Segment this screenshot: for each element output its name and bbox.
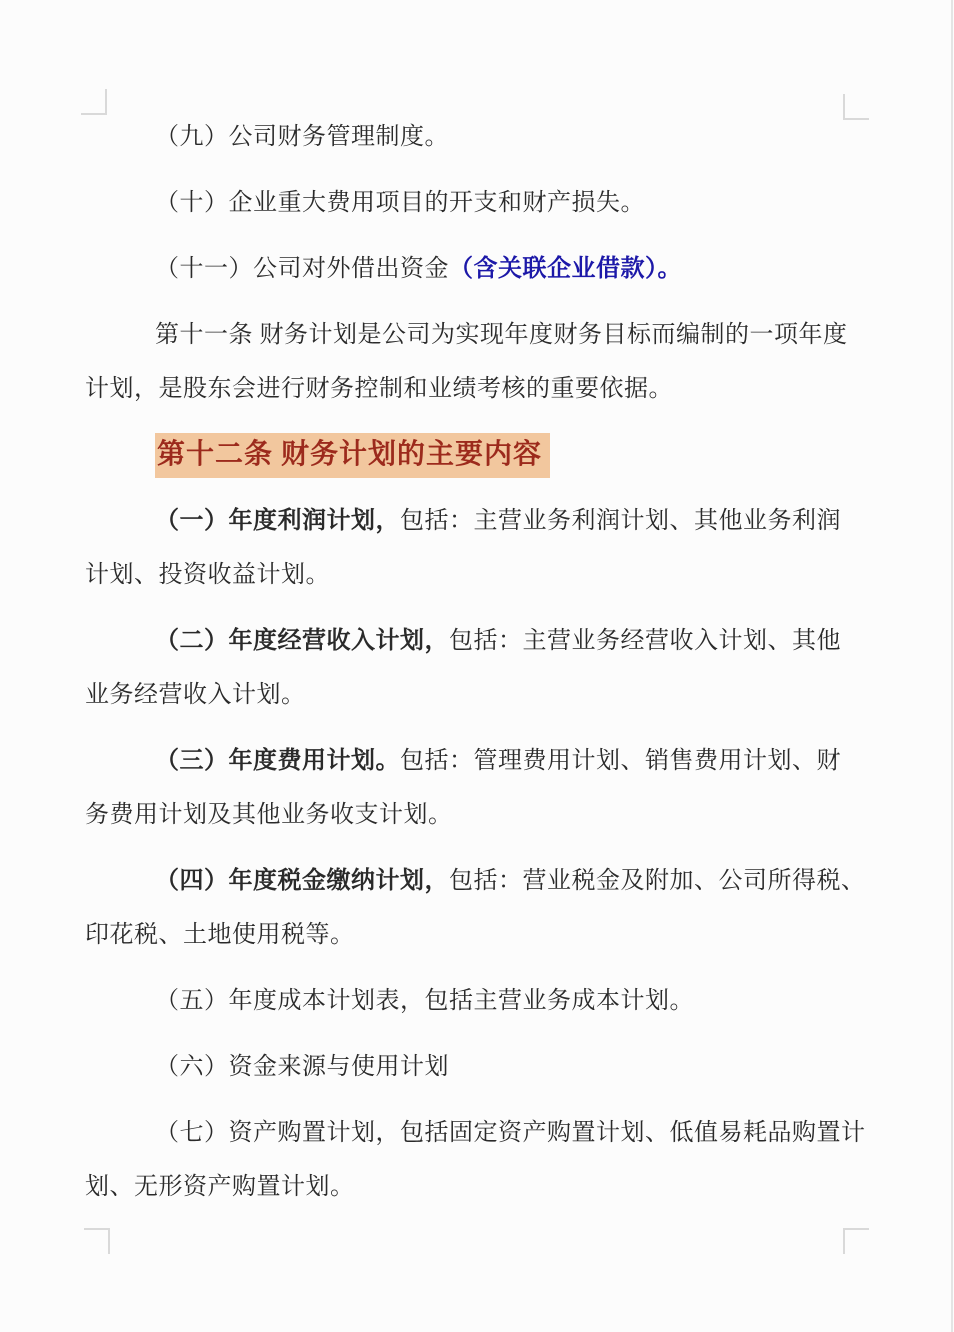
text-run: （七）资产购置计划，包括固定资产购置计划、低值易耗品购置计 划、无形资产购置计划… bbox=[85, 1120, 866, 1200]
text-run: （含关联企业借款）。 bbox=[449, 256, 682, 282]
text-run: （九）公司财务管理制度。 bbox=[155, 124, 449, 150]
section-heading: 第十二条 财务计划的主要内容 bbox=[85, 428, 913, 482]
text-run: （三）年度费用计划。 bbox=[155, 748, 400, 774]
text-run: （六）资金来源与使用计划 bbox=[155, 1054, 449, 1080]
text-run: （十）企业重大费用项目的开支和财产损失。 bbox=[155, 190, 645, 216]
document-page: { "page": { "width": 954, "height": 1332… bbox=[0, 0, 954, 1332]
paragraph-item-9: （九）公司财务管理制度。 bbox=[85, 110, 913, 164]
page-edge-line bbox=[951, 0, 953, 1332]
paragraph-item-7: （七）资产购置计划，包括固定资产购置计划、低值易耗品购置计 划、无形资产购置计划… bbox=[85, 1106, 913, 1214]
paragraph-item-3: （三）年度费用计划。包括：管理费用计划、销售费用计划、财 务费用计划及其他业务收… bbox=[85, 734, 913, 842]
text-run: （五）年度成本计划表，包括主营业务成本计划。 bbox=[155, 988, 694, 1014]
paragraph-article-11: 第十一条 财务计划是公司为实现年度财务目标而编制的一项年度 计划，是股东会进行财… bbox=[85, 308, 913, 416]
paragraph-item-10: （十）企业重大费用项目的开支和财产损失。 bbox=[85, 176, 913, 230]
paragraph-item-6: （六）资金来源与使用计划 bbox=[85, 1040, 913, 1094]
text-run: （一）年度利润计划， bbox=[155, 508, 400, 534]
text-run: （十一）公司对外借出资金 bbox=[155, 256, 449, 282]
margin-mark-bottom-left bbox=[84, 1228, 110, 1254]
text-run: 第十一条 财务计划是公司为实现年度财务目标而编制的一项年度 计划，是股东会进行财… bbox=[85, 322, 848, 402]
text-run: （二）年度经营收入计划， bbox=[155, 628, 449, 654]
text-run: （四）年度税金缴纳计划， bbox=[155, 868, 449, 894]
paragraph-item-11: （十一）公司对外借出资金（含关联企业借款）。 bbox=[85, 242, 913, 296]
paragraph-item-1: （一）年度利润计划，包括：主营业务利润计划、其他业务利润 计划、投资收益计划。 bbox=[85, 494, 913, 602]
paragraph-item-4: （四）年度税金缴纳计划，包括：营业税金及附加、公司所得税、 印花税、土地使用税等… bbox=[85, 854, 913, 962]
margin-mark-bottom-right bbox=[843, 1228, 869, 1254]
document-body: （九）公司财务管理制度。（十）企业重大费用项目的开支和财产损失。（十一）公司对外… bbox=[85, 110, 913, 1226]
text-run: 第十二条 财务计划的主要内容 bbox=[155, 433, 550, 478]
paragraph-item-5: （五）年度成本计划表，包括主营业务成本计划。 bbox=[85, 974, 913, 1028]
paragraph-item-2: （二）年度经营收入计划，包括：主营业务经营收入计划、其他 业务经营收入计划。 bbox=[85, 614, 913, 722]
